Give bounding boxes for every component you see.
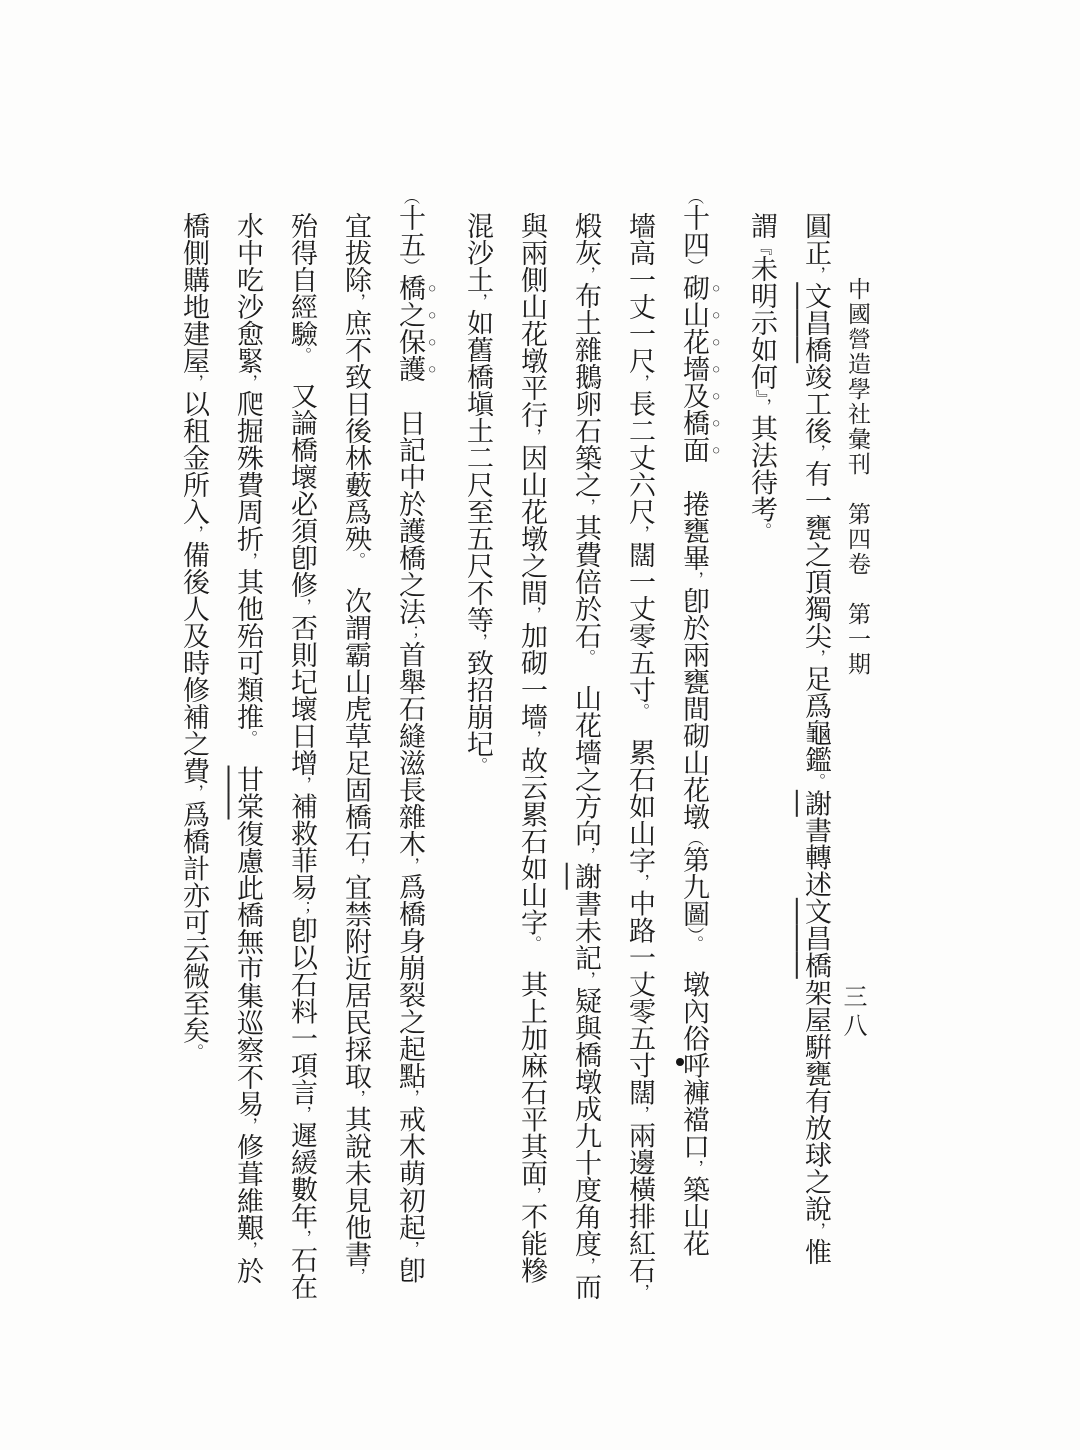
punctuation: 。 <box>239 730 257 738</box>
punctuation: ， <box>293 1106 311 1122</box>
text-segment: 書轉述 <box>801 817 831 898</box>
text-segment: 宜拔除，庶不致日後林藪爲殃。 次謂霸山虎草足固橋石，宜禁附近居民採取，其說未見他… <box>341 212 371 1284</box>
text-segment: 日記中於護橋之法；首舉石縫滋長雜木，爲橋身崩裂之起點，戒木萌初起，卽 <box>395 382 425 1284</box>
punctuation: ； <box>293 901 311 917</box>
punctuation: 。 <box>577 649 595 657</box>
punctuation: ， <box>469 633 487 649</box>
proper-noun: 謝 <box>801 790 831 817</box>
punctuation: ， <box>807 649 825 665</box>
punctuation: 。 <box>293 347 311 355</box>
punctuation: ， <box>347 1268 365 1284</box>
punctuation: ， <box>523 1187 541 1203</box>
punctuation: ， <box>347 1090 365 1106</box>
punctuation: 。 <box>185 1044 203 1060</box>
text-column: 謂『未明示如何』，其法待考。 <box>745 188 778 1368</box>
text-column: 宜拔除，庶不致日後林藪爲殃。 次謂霸山虎草足固橋石，宜禁附近居民採取，其說未見他… <box>339 188 372 1368</box>
text-segment: 謂『未明示如何』，其法待考。 <box>747 212 777 539</box>
punctuation: ） <box>685 928 703 936</box>
punctuation: 。 <box>807 774 825 790</box>
ink-spot <box>676 1058 684 1066</box>
punctuation: ， <box>401 858 419 874</box>
punctuation: ， <box>577 971 595 987</box>
punctuation: ， <box>293 598 311 614</box>
punctuation: ， <box>631 374 649 390</box>
punctuation: 。 <box>347 552 365 560</box>
section-heading: 橋之保護 <box>395 274 425 382</box>
section-heading: 砌山花墻及橋面 <box>679 274 709 463</box>
text-column: 圓正，文昌橋竣工後，有一甕之頂獨尖，足爲龜鑑。謝書轉述文昌橋架屋騈甕有放球之說，… <box>799 188 832 1368</box>
text-column: 混沙土，如舊橋塡土二尺至五尺不等，致招崩圮。 <box>461 188 494 1368</box>
punctuation: ， <box>401 1241 419 1257</box>
punctuation: ， <box>185 784 203 800</box>
proper-noun: 文昌橋 <box>801 282 831 363</box>
text-column: 橋側購地建屋，以租金所入，備後人及時修補之費，爲橋計亦可云微至矣。 <box>177 188 210 1368</box>
text-column: 墻高一丈一尺，長二丈六尺，闊一丈零五寸。 累石如山字，中路一丈零五寸闊，兩邊橫排… <box>623 188 656 1368</box>
punctuation: ， <box>239 1241 257 1257</box>
punctuation: ， <box>347 293 365 309</box>
journal-running-head: 中國營造學社彙刊 第四卷 第一期 <box>841 277 874 677</box>
punctuation: ， <box>239 374 257 390</box>
punctuation: 。 <box>685 936 703 944</box>
punctuation: ， <box>401 1090 419 1106</box>
punctuation: ， <box>631 1106 649 1122</box>
scanned-book-page: 中國營造學社彙刊 第四卷 第一期 三八 圓正，文昌橋竣工後，有一甕之頂獨尖，足爲… <box>0 0 1080 1450</box>
punctuation: ， <box>293 776 311 792</box>
punctuation: ， <box>185 374 203 390</box>
punctuation: ， <box>577 498 595 514</box>
text-column: 殆得自經驗。 又論橋壞必須卽修，否則圮壞日增，補救菲易；卽以石料一項言，遲緩數年… <box>285 188 318 1368</box>
punctuation: ， <box>577 1257 595 1273</box>
punctuation: ， <box>807 266 825 282</box>
article-text-columns: 圓正，文昌橋竣工後，有一甕之頂獨尖，足爲龜鑑。謝書轉述文昌橋架屋騈甕有放球之說，… <box>177 188 832 1378</box>
punctuation: ， <box>185 525 203 541</box>
text-column: （十五）橋之保護 日記中於護橋之法；首舉石縫滋長雜木，爲橋身崩裂之起點，戒木萌初… <box>393 188 440 1368</box>
punctuation: ， <box>347 857 365 873</box>
punctuation: （ <box>685 188 703 204</box>
text-segment: 橋側購地建屋，以租金所入，備後人及時修補之費，爲橋計亦可云微至矣。 <box>179 212 209 1060</box>
punctuation: ， <box>631 1284 649 1300</box>
text-segment: 墻高一丈一尺，長二丈六尺，闊一丈零五寸。 累石如山字，中路一丈零五寸闊，兩邊橫排… <box>625 212 655 1300</box>
punctuation: ， <box>523 606 541 622</box>
punctuation: ， <box>523 730 541 746</box>
punctuation: ； <box>401 625 419 641</box>
punctuation: ） <box>685 258 703 274</box>
punctuation: ， <box>577 266 595 282</box>
proper-noun: 謝 <box>571 863 601 890</box>
text-column: 煅灰，布土雜鵝卵石築之，其費倍於石。 山花墻之方向，謝書未記，疑與橋墩成九十度角… <box>569 188 602 1368</box>
text-column: 與兩側山花墩平行，因山花墩之間，加砌一墻，故云累石如山字。 其上加麻石平其面，不… <box>515 188 548 1368</box>
text-column: （十四）砌山花墻及橋面 捲甕畢，卽於兩甕間砌山花墩（第九圖）。 墩內俗呼褲襠口，… <box>677 188 724 1368</box>
punctuation: ， <box>753 398 771 414</box>
text-segment: 捲甕畢，卽於兩甕間砌山花墩（第九圖）。 墩內俗呼褲襠口，築山花 <box>679 463 709 1257</box>
punctuation: ， <box>807 1222 825 1238</box>
text-segment: （十四） <box>679 188 709 274</box>
punctuation: ） <box>401 258 419 274</box>
punctuation: ， <box>685 1160 703 1176</box>
text-segment: 復慮此橋無市集巡察不易，修葺維艱，於 <box>233 820 263 1284</box>
punctuation: ， <box>577 847 595 863</box>
text-segment: 殆得自經驗。 又論橋壞必須卽修，否則圮壞日增，補救菲易；卽以石料一項言，遲緩數年… <box>287 212 317 1300</box>
text-segment: 水中吃沙愈緊，爬掘殊費周折，其他殆可類推。 <box>233 212 263 766</box>
punctuation: ， <box>807 444 825 460</box>
punctuation: ， <box>523 428 541 444</box>
punctuation: ， <box>469 293 487 309</box>
punctuation: 。 <box>469 757 487 773</box>
text-column: 水中吃沙愈緊，爬掘殊費周折，其他殆可類推。 甘棠復慮此橋無市集巡察不易，修葺維艱… <box>231 188 264 1368</box>
punctuation: 。 <box>523 936 541 944</box>
punctuation: ， <box>293 1230 311 1246</box>
proper-noun: 甘棠 <box>233 766 263 820</box>
punctuation: （ <box>685 831 703 847</box>
proper-noun: 文昌橋 <box>801 898 831 979</box>
punctuation: ， <box>685 571 703 587</box>
punctuation: 『 <box>753 239 771 255</box>
punctuation: 。 <box>753 523 771 539</box>
punctuation: ， <box>239 1117 257 1133</box>
text-segment: （十五） <box>395 188 425 274</box>
page-number: 三八 <box>835 984 870 1042</box>
punctuation: ， <box>631 874 649 890</box>
text-segment: 書未記，疑與橋墩成九十度角度，而 <box>571 890 601 1300</box>
text-segment: 竣工後，有一甕之頂獨尖，足爲龜鑑。 <box>801 363 831 790</box>
text-segment: 圓正， <box>801 212 831 282</box>
text-segment: 混沙土，如舊橋塡土二尺至五尺不等，致招崩圮。 <box>463 212 493 774</box>
punctuation: ， <box>631 525 649 541</box>
text-segment: 煅灰，布土雜鵝卵石築之，其費倍於石。 山花墻之方向， <box>571 212 601 863</box>
text-segment: 架屋騈甕有放球之說，惟 <box>801 979 831 1265</box>
punctuation: ， <box>239 552 257 568</box>
text-segment: 與兩側山花墩平行，因山花墩之間，加砌一墻，故云累石如山字。 其上加麻石平其面，不… <box>517 212 547 1284</box>
punctuation: 。 <box>631 703 649 711</box>
punctuation: （ <box>401 188 419 204</box>
